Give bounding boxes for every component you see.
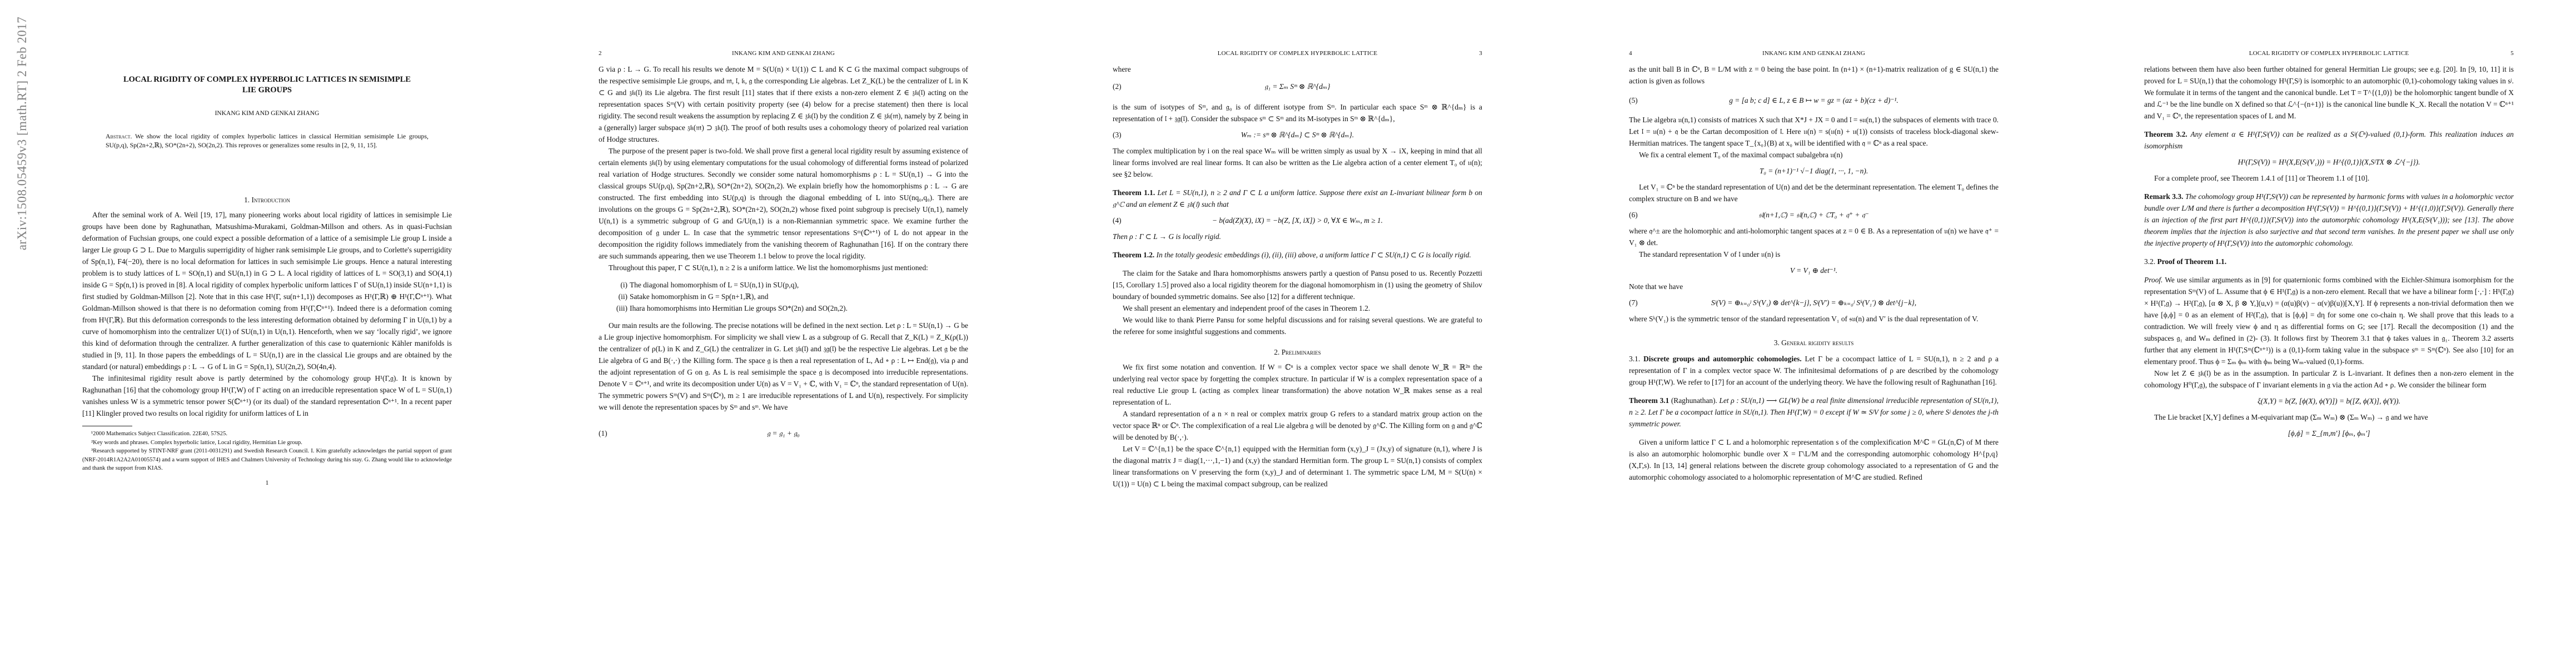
body-paragraph: We shall present an elementary and indep… bbox=[1113, 302, 1482, 314]
theorem-statement: Any element α ∈ H¹(Γ,Sʲ(V)) can be reali… bbox=[2144, 130, 2514, 150]
page-number: 1 bbox=[82, 477, 452, 489]
footnote-1: ¹2000 Mathematics Subject Classification… bbox=[82, 430, 452, 439]
body-paragraph: is the sum of isotypes of Sᵐ, and 𝔤₀ is … bbox=[1113, 101, 1482, 125]
body-paragraph: A standard representation of a n × n rea… bbox=[1113, 408, 1482, 443]
theorem-3-1: Theorem 3.1 (Raghunathan). Let ρ : SU(n,… bbox=[1629, 395, 1999, 430]
section-heading-introduction: 1. Introduction bbox=[82, 194, 452, 206]
abstract-label: Abstract. bbox=[106, 132, 132, 140]
proof: Proof. We use similar arguments as in [9… bbox=[2144, 274, 2514, 367]
equation-xi: ξ(X,Y) = b(Z, [ϕ(X), ϕ(Y)]) = b([Z, ϕ(X)… bbox=[2144, 395, 2514, 407]
page-3: LOCAL RIGIDITY OF COMPLEX HYPERBOLIC LAT… bbox=[1030, 0, 1546, 667]
theorem-conclusion: Then ρ : Γ ⊂ L → G is locally rigid. bbox=[1113, 231, 1482, 242]
body-paragraph: The complex multiplication by i on the r… bbox=[1113, 145, 1482, 180]
paper-title-line-2: LIE GROUPS bbox=[82, 85, 452, 96]
list-item: (i)The diagonal homomorphism of L = SU(n… bbox=[599, 279, 968, 291]
running-head-text: LOCAL RIGIDITY OF COMPLEX HYPERBOLIC LAT… bbox=[1113, 50, 1482, 57]
body-paragraph: Let V = ℂ^{n,1} be the space ℂ^{n,1} equ… bbox=[1113, 443, 1482, 490]
list-item: (iii)Ihara homomorphisms into Hermitian … bbox=[599, 302, 968, 314]
body-paragraph: as the unit ball B in ℂⁿ, B = L/M with z… bbox=[1629, 63, 1999, 87]
remark-label: Remark 3.3. bbox=[2144, 192, 2183, 201]
theorem-label: Theorem 1.2. bbox=[1113, 251, 1154, 259]
body-paragraph: The purpose of the present paper is two-… bbox=[599, 145, 968, 262]
page-1-content: LOCAL RIGIDITY OF COMPLEX HYPERBOLIC LAT… bbox=[82, 74, 452, 489]
equation-7: (7) Sʲ(V) = ⊕ₖ₌₀ʲ Sᵏ(V₁) ⊗ det^{k−j}, Sʲ… bbox=[1629, 297, 1999, 308]
equation-6: (6) 𝔰𝔩(n+1,ℂ) = 𝔰𝔩(n,ℂ) + ℂT₀ + 𝔮⁺ + 𝔮⁻ bbox=[1629, 209, 1999, 221]
equation-2: (2) 𝔤₁ = Σₘ Sᵐ ⊗ ℝ^{dₘ} bbox=[1113, 81, 1482, 92]
page-5-content: relations between them have also been fu… bbox=[2144, 63, 2514, 444]
body-paragraph: We would like to thank Pierre Pansu for … bbox=[1113, 314, 1482, 337]
body-paragraph: relations between them have also been fu… bbox=[2144, 63, 2514, 122]
body-paragraph: G via ρ : L → G. To recall his results w… bbox=[599, 63, 968, 145]
theorem-label: Theorem 3.2. bbox=[2144, 130, 2188, 138]
homomorphism-list: (i)The diagonal homomorphism of L = SU(n… bbox=[599, 279, 968, 314]
body-paragraph: Now let Z ∈ 𝔷𝔨(𝔩) be as in the assumptio… bbox=[2144, 367, 2514, 391]
theorem-3-2: Theorem 3.2. Any element α ∈ H¹(Γ,Sʲ(V))… bbox=[2144, 128, 2514, 152]
theorem-label: Theorem 1.1. bbox=[1113, 188, 1155, 197]
equation-3: (3) Wₘ := sᵐ ⊗ ℝ^{dₘ} ⊂ Sᵐ ⊗ ℝ^{dₘ}. bbox=[1113, 129, 1482, 141]
body-paragraph: Throughout this paper, Γ ⊂ SU(n,1), n ≥ … bbox=[599, 262, 968, 273]
body-paragraph: The claim for the Satake and Ihara homom… bbox=[1113, 267, 1482, 302]
abstract: Abstract. We show the local rigidity of … bbox=[106, 132, 428, 150]
body-paragraph: The infinitesimal rigidity result above … bbox=[82, 372, 452, 419]
body-paragraph: After the seminal work of A. Weil [19, 1… bbox=[82, 209, 452, 372]
body-paragraph: The standard representation V of 𝔩 under… bbox=[1629, 248, 1999, 260]
subsection-title: Proof of Theorem 1.1. bbox=[2157, 257, 2226, 266]
body-paragraph: We fix first some notation and conventio… bbox=[1113, 361, 1482, 408]
equation-theorem-3-2: H¹(Γ,Sʲ(V)) = H¹(X,E(Sʲ(V₁))) = H^{(0,1)… bbox=[2144, 156, 2514, 168]
equation-v: V = V₁ ⊕ det⁻¹. bbox=[1629, 265, 1999, 276]
page-2: 2 INKANG KIM AND GENKAI ZHANG G via ρ : … bbox=[515, 0, 1030, 667]
theorem-label: Theorem 3.1 bbox=[1629, 396, 1669, 405]
paper-authors: INKANG KIM AND GENKAI ZHANG bbox=[82, 108, 452, 120]
page-4-content: as the unit ball B in ℂⁿ, B = L/M with z… bbox=[1629, 63, 1999, 483]
running-head-text: LOCAL RIGIDITY OF COMPLEX HYPERBOLIC LAT… bbox=[2144, 50, 2514, 57]
page-4: 4 INKANG KIM AND GENKAI ZHANG as the uni… bbox=[1546, 0, 2061, 667]
footnote-3: ³Research supported by STINT-NRF grant (… bbox=[82, 447, 452, 473]
page-2-content: G via ρ : L → G. To recall his results w… bbox=[599, 63, 968, 444]
equation-5: (5) g = [a b; c d] ∈ L, z ∈ B ↦ w = gz =… bbox=[1629, 94, 1999, 106]
body-paragraph: Let V₁ = ℂⁿ be the standard representati… bbox=[1629, 181, 1999, 205]
equation-t0: T₀ = (n+1)⁻¹ √−1 diag(1, ···, 1, −n). bbox=[1629, 165, 1999, 177]
equation-number: (1) bbox=[599, 427, 607, 439]
theorem-statement: In the totally geodesic embeddings (i), … bbox=[1157, 251, 1471, 259]
page-number: 5 bbox=[2510, 50, 2514, 57]
body-paragraph: The Lie bracket [X,Y] defines a M-equiva… bbox=[2144, 411, 2514, 423]
subsection-number: 3.2. bbox=[2144, 257, 2155, 266]
body-paragraph: Our main results are the following. The … bbox=[599, 320, 968, 413]
body-paragraph: Given a uniform lattice Γ ⊂ L and a holo… bbox=[1629, 436, 1999, 483]
section-heading-general-rigidity: 3. General rigidity results bbox=[1629, 337, 1999, 349]
body-paragraph: Note that we have bbox=[1629, 281, 1999, 292]
theorem-1-1: Theorem 1.1. Let L = SU(n,1), n ≥ 2 and … bbox=[1113, 187, 1482, 210]
running-header: 4 INKANG KIM AND GENKAI ZHANG bbox=[1629, 50, 1999, 59]
remark-3-3: Remark 3.3. The cohomology group H¹(Γ,Sʲ… bbox=[2144, 191, 2514, 249]
theorem-statement: Let L = SU(n,1), n ≥ 2 and Γ ⊂ L a unifo… bbox=[1113, 188, 1482, 208]
page-1: LOCAL RIGIDITY OF COMPLEX HYPERBOLIC LAT… bbox=[0, 0, 515, 667]
footnotes: ¹2000 Mathematics Subject Classification… bbox=[82, 430, 452, 473]
running-header: LOCAL RIGIDITY OF COMPLEX HYPERBOLIC LAT… bbox=[2144, 50, 2514, 59]
body-text: where bbox=[1113, 63, 1482, 75]
footnote-divider bbox=[82, 426, 132, 426]
running-header: LOCAL RIGIDITY OF COMPLEX HYPERBOLIC LAT… bbox=[1113, 50, 1482, 59]
theorem-attribution: (Raghunathan). bbox=[1671, 396, 1717, 405]
proof-text: We use similar arguments as in [9] for q… bbox=[2144, 276, 2514, 366]
page-5: LOCAL RIGIDITY OF COMPLEX HYPERBOLIC LAT… bbox=[2061, 0, 2576, 667]
body-paragraph: where Sᵏ(V₁) is the symmetric tensor of … bbox=[1629, 313, 1999, 325]
equation-body: 𝔤 = 𝔤₁ + 𝔤₀ bbox=[767, 429, 800, 437]
abstract-text: We show the local rigidity of complex hy… bbox=[106, 132, 428, 149]
subsection-title: Discrete groups and automorphic cohomolo… bbox=[1643, 355, 1802, 363]
remark-text: The cohomology group H¹(Γ,Sʲ(V)) can be … bbox=[2144, 192, 2514, 247]
running-head-text: INKANG KIM AND GENKAI ZHANG bbox=[599, 50, 968, 57]
footnote-2: ²Key words and phrases. Complex hyperbol… bbox=[82, 439, 452, 447]
body-paragraph: where 𝔮^± are the holomorphic and anti-h… bbox=[1629, 225, 1999, 248]
equation-4: (4) − b(ad(Z)(X), iX) = −b(Z, [X, iX]) >… bbox=[1113, 215, 1482, 226]
running-header: 2 INKANG KIM AND GENKAI ZHANG bbox=[599, 50, 968, 59]
subsection-3-1: 3.1. Discrete groups and automorphic coh… bbox=[1629, 353, 1999, 388]
equation-phi-bracket: [ϕ,ϕ] = Σ_{m,m′} [ϕₘ, ϕₘ′] bbox=[2144, 427, 2514, 439]
equation-1: (1) 𝔤 = 𝔤₁ + 𝔤₀ bbox=[599, 427, 968, 439]
list-item: (ii)Satake homomorphism in G = Sp(n+1,ℝ)… bbox=[599, 291, 968, 302]
theorem-1-2: Theorem 1.2. In the totally geodesic emb… bbox=[1113, 249, 1482, 261]
subsection-3-2: 3.2. Proof of Theorem 1.1. bbox=[2144, 256, 2514, 267]
body-paragraph: The Lie algebra 𝔲(n,1) consists of matri… bbox=[1629, 114, 1999, 149]
subsection-number: 3.1. bbox=[1629, 355, 1640, 363]
body-paragraph: For a complete proof, see Theorem 1.4.1 … bbox=[2144, 172, 2514, 184]
body-paragraph: We fix a central element T₀ of the maxim… bbox=[1629, 149, 1999, 161]
proof-label: Proof. bbox=[2144, 276, 2163, 284]
running-head-text: INKANG KIM AND GENKAI ZHANG bbox=[1629, 50, 1999, 57]
page-3-content: where (2) 𝔤₁ = Σₘ Sᵐ ⊗ ℝ^{dₘ} is the sum… bbox=[1113, 63, 1482, 490]
paper-title-line-1: LOCAL RIGIDITY OF COMPLEX HYPERBOLIC LAT… bbox=[82, 74, 452, 85]
section-heading-preliminaries: 2. Preliminaries bbox=[1113, 346, 1482, 358]
page-number: 3 bbox=[1479, 50, 1482, 57]
